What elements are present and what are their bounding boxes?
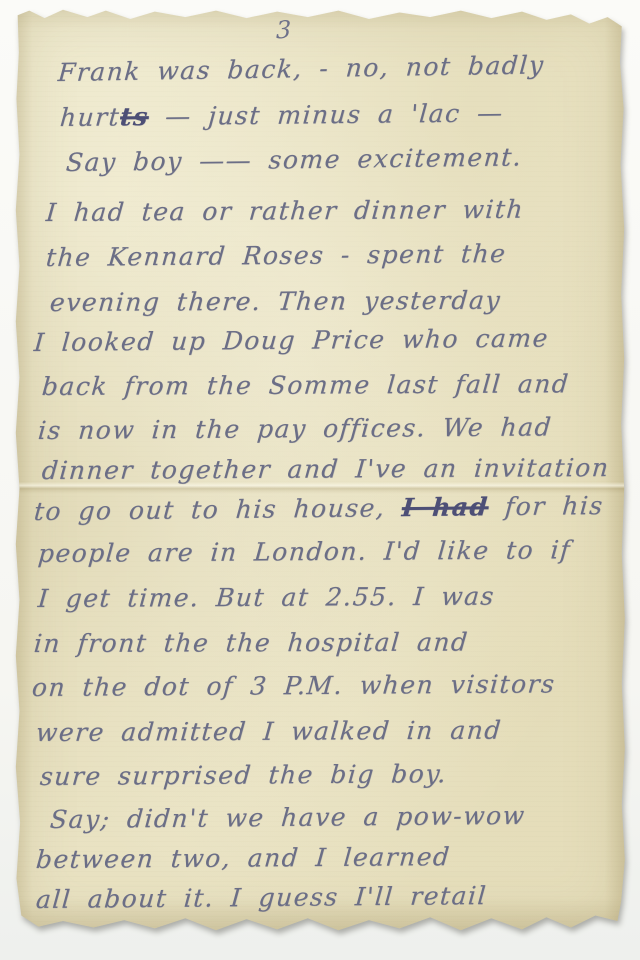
handwritten-line: all about it. I guess I'll retail xyxy=(35,881,488,914)
line-text: — just minus a 'lac — xyxy=(164,98,505,131)
handwritten-line: were admitted I walked in and xyxy=(35,716,503,747)
crossed-out-word: ts xyxy=(119,102,150,131)
handwritten-line: sure surprised the big boy. xyxy=(39,759,448,791)
paper-sheet: 3 Frank was back, - no, not badly hurtts… xyxy=(14,6,626,934)
handwritten-line: in front the the hospital and xyxy=(33,627,470,658)
handwritten-line: between two, and I learned xyxy=(35,842,452,874)
handwritten-line: dinner together and I've an invitation xyxy=(41,453,611,485)
handwritten-line: Say; didn't we have a pow-wow xyxy=(49,801,527,834)
page-number: 3 xyxy=(276,15,291,44)
line-text: for his xyxy=(504,491,605,521)
handwritten-line: the Kennard Roses - spent the xyxy=(45,239,508,272)
handwritten-line: I had tea or rather dinner with xyxy=(45,195,525,227)
handwritten-line: people are in London. I'd like to if xyxy=(37,535,572,568)
handwritten-line: I get time. But at 2.55. I was xyxy=(37,582,496,613)
handwritten-line: Frank was back, - no, not badly xyxy=(57,50,546,87)
handwritten-line: is now in the pay offices. We had xyxy=(37,412,553,445)
line-text: hurt xyxy=(59,102,121,132)
crossed-out-word: I had xyxy=(401,492,490,522)
letter-paper: 3 Frank was back, - no, not badly hurtts… xyxy=(14,6,626,934)
handwritten-line: back from the Somme last fall and xyxy=(41,369,571,401)
handwritten-line: to go out to his house, I had for his xyxy=(33,491,605,526)
handwritten-line: Say boy —— some excitement. xyxy=(65,142,523,177)
handwritten-line: hurtts — just minus a 'lac — xyxy=(59,98,505,132)
handwritten-line: on the dot of 3 P.M. when visitors xyxy=(31,669,557,702)
handwritten-line: I looked up Doug Price who came xyxy=(33,323,550,357)
line-text: to go out to his house, xyxy=(33,493,387,526)
handwritten-line: evening there. Then yesterday xyxy=(49,286,503,317)
scan-background: 3 Frank was back, - no, not badly hurtts… xyxy=(0,0,640,960)
